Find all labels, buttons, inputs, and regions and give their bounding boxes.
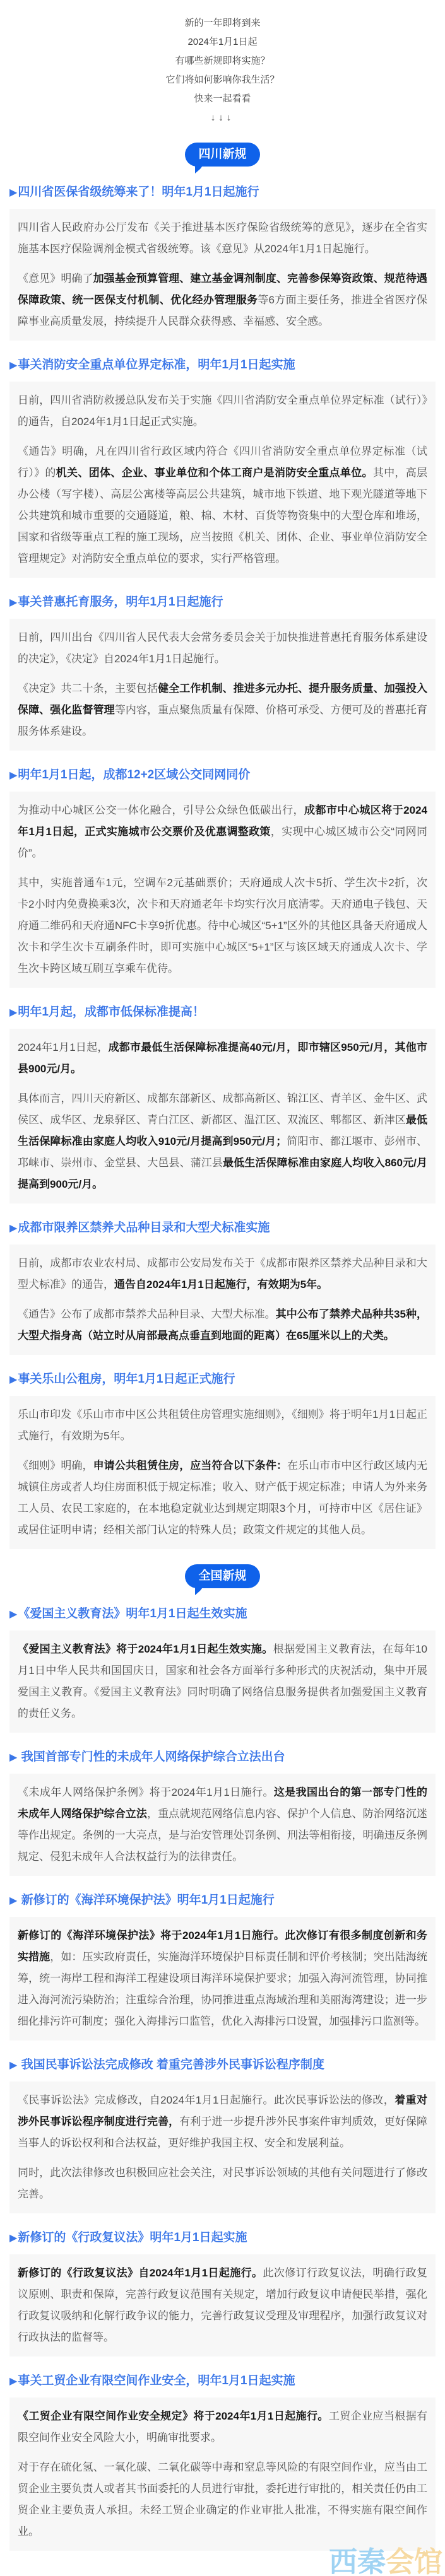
paragraph: 《工贸企业有限空间作业安全规定》将于2024年1月1日起施行。工贸企业应当根据有…	[18, 2406, 427, 2449]
section-heading-text: 明年1月起，成都市低保标准提高！	[18, 1005, 205, 1019]
paragraph-run: 为推动中心城区公交一体化融合，引导公众绿色低碳出行，	[18, 804, 304, 816]
section-body-box: 日前，四川省消防救援总队发布关于实施《四川省消防安全重点单位界定标准（试行）》的…	[9, 382, 436, 578]
news-section: ▶成都市限养区禁养犬品种目录和大型犬标准实施 日前，成都市农业农村局、成都市公安…	[0, 1220, 445, 1355]
paragraph: 四川省人民政府办公厅发布《关于推进基本医疗保险省级统筹的意见》，逐步在全省实施基…	[18, 217, 427, 260]
paragraph-bold-run: 通告自2024年1月1日起施行，有效期为5年。	[114, 1279, 328, 1291]
section-body-box: 新修订的《海洋环境保护法》将于2024年1月1日施行。此次修订有很多制度创新和务…	[9, 1917, 436, 2040]
badge-label: 全国新规	[198, 1569, 246, 1583]
paragraph-run: ，如：压实政府责任，实施海洋环境保护目标责任制和评价考核制；突出陆海统筹，统一海…	[18, 1951, 427, 2027]
paragraph: 新修订的《海洋环境保护法》将于2024年1月1日施行。此次修订有很多制度创新和务…	[18, 1925, 427, 2032]
arrow-right-icon: ▶	[9, 770, 17, 781]
news-section: ▶明年1月1日起，成都12+2区域公交同网同价 为推动中心城区公交一体化融合，引…	[0, 767, 445, 988]
paragraph: 具体而言，四川天府新区、成都东部新区、成都高新区、锦江区、青羊区、金牛区、武侯区…	[18, 1088, 427, 1195]
section-heading: ▶新修订的《行政复议法》明年1月1日起实施	[9, 2230, 436, 2247]
paragraph-run: 四川省人民政府办公厅发布《关于推进基本医疗保险省级统筹的意见》，逐步在全省实施基…	[18, 221, 427, 255]
section-heading-text: 事关消防安全重点单位界定标准，明年1月1日起实施	[18, 358, 295, 372]
speech-bubble-badge: 全国新规	[185, 1564, 259, 1588]
paragraph-run: 《细则》明确，	[18, 1460, 93, 1472]
section-heading-text: 事关普惠托育服务，明年1月1日起施行	[18, 595, 223, 609]
arrow-right-icon: ▶	[9, 1609, 17, 1620]
paragraph: 《意见》明确了加强基金预算管理、建立基金调剂制度、完善参保筹资政策、规范待遇保障…	[18, 268, 427, 332]
paragraph-run: 《民事诉讼法》完成修改，自2024年1月1日起施行。此次民事诉讼法的修改，	[18, 2094, 395, 2106]
section-heading-text: 成都市限养区禁养犬品种目录和大型犬标准实施	[18, 1221, 270, 1234]
paragraph: 为推动中心城区公交一体化融合，引导公众绿色低碳出行，成都市中心城区将于2024年…	[18, 800, 427, 864]
paragraph-run: 具体而言，四川天府新区、成都东部新区、成都高新区、锦江区、青羊区、金牛区、武侯区…	[18, 1092, 427, 1126]
news-section: ▶事关乐山公租房，明年1月1日起正式施行 乐山市印发《乐山市市中区公共租赁住房管…	[0, 1371, 445, 1549]
paragraph: 2024年1月1日起，成都市最低生活保障标准提高40元/月，即市辖区950元/月…	[18, 1037, 427, 1080]
section-body-box: 《工贸企业有限空间作业安全规定》将于2024年1月1日起施行。工贸企业应当根据有…	[9, 2397, 436, 2551]
paragraph: 《未成年人网络保护条例》将于2024年1月1日施行。这是我国出台的第一部专门性的…	[18, 1782, 427, 1868]
paragraph: 日前，成都市农业农村局、成都市公安局发布关于《成都市限养区禁养犬品种目录和大型犬…	[18, 1253, 427, 1296]
section-heading: ▶事关消防安全重点单位界定标准，明年1月1日起实施	[9, 357, 436, 374]
intro-line: 它们将如何影响你我生活？	[0, 71, 445, 90]
section-body-box: 日前，四川出台《四川省人民代表大会常务委员会关于加快推进普惠托育服务体系建设的决…	[9, 619, 436, 751]
section-body-box: 日前，成都市农业农村局、成都市公安局发布关于《成都市限养区禁养犬品种目录和大型犬…	[9, 1244, 436, 1355]
news-section: ▶事关消防安全重点单位界定标准，明年1月1日起实施 日前，四川省消防救援总队发布…	[0, 357, 445, 578]
section-body-box: 《未成年人网络保护条例》将于2024年1月1日施行。这是我国出台的第一部专门性的…	[9, 1774, 436, 1876]
paragraph-bold-run: 《爱国主义教育法》将于2024年1月1日起生效实施。	[18, 1643, 273, 1655]
paragraph-run: 《通告》公布了成都市禁养犬品种目录、大型犬标准。	[18, 1308, 276, 1320]
paragraph: 乐山市印发《乐山市市中区公共租赁住房管理实施细则》，《细则》将于明年1月1日起正…	[18, 1404, 427, 1447]
paragraph-bold-run: 新修订的《行政复议法》自2024年1月1日起施行。	[18, 2267, 263, 2279]
paragraph: 其中，实施普通车1元，空调车2元基础票价；天府通成人次卡5折、学生次卡2折，次卡…	[18, 872, 427, 980]
news-section: ▶ 我国首部专门性的未成年人网络保护综合立法出台 《未成年人网络保护条例》将于2…	[0, 1749, 445, 1876]
section-heading-text: 新修订的《行政复议法》明年1月1日起实施	[18, 2231, 247, 2244]
section-body-box: 乐山市印发《乐山市市中区公共租赁住房管理实施细则》，《细则》将于明年1月1日起正…	[9, 1396, 436, 1549]
intro-line: 快来一起看看	[0, 90, 445, 108]
intro-line: 2024年1月1日起	[0, 33, 445, 52]
paragraph: 日前，四川出台《四川省人民代表大会常务委员会关于加快推进普惠托育服务体系建设的决…	[18, 627, 427, 670]
watermark-part2: 会馆	[386, 2546, 442, 2576]
badge-label: 四川新规	[198, 148, 246, 161]
section-heading-text: 新修订的《海洋环境保护法》明年1月1日起施行	[18, 1894, 274, 1907]
section-heading: ▶事关工贸企业有限空间作业安全，明年1月1日起实施	[9, 2373, 436, 2390]
section-heading: ▶事关普惠托育服务，明年1月1日起施行	[9, 594, 436, 611]
paragraph: 《通告》公布了成都市禁养犬品种目录、大型犬标准。其中公布了禁养犬品种共35种，大…	[18, 1304, 427, 1347]
section-heading: ▶事关乐山公租房，明年1月1日起正式施行	[9, 1371, 436, 1388]
paragraph: 对于存在硫化氢、一氧化碳、二氧化碳等中毒和窒息等风险的有限空间作业，应当由工贸企…	[18, 2457, 427, 2543]
news-section: ▶ 我国民事诉讼法完成修改 着重完善涉外民事诉讼程序制度 《民事诉讼法》完成修改…	[0, 2057, 445, 2213]
paragraph-run: 其中，高层办公楼（写字楼）、高层公寓楼等高层公共建筑，城市地下铁道、地下观光隧道…	[18, 467, 427, 565]
arrow-right-icon: ▶	[9, 187, 17, 198]
paragraph-run: 日前，四川省消防救援总队发布关于实施《四川省消防安全重点单位界定标准（试行）》的…	[18, 394, 427, 428]
arrow-right-icon: ▶	[9, 2233, 17, 2244]
section-heading-text: 我国民事诉讼法完成修改 着重完善涉外民事诉讼程序制度	[18, 2058, 324, 2071]
section-heading: ▶成都市限养区禁养犬品种目录和大型犬标准实施	[9, 1220, 436, 1237]
section-heading-text: 《爱国主义教育法》明年1月1日起生效实施	[18, 1607, 247, 1620]
section-body-box: 《爱国主义教育法》将于2024年1月1日起生效实施。根据爱国主义教育法，在每年1…	[9, 1630, 436, 1733]
paragraph-run: 同时，此次法律修改也积极回应社会关注，对民事诉讼领域的其他有关问题进行了修改完善…	[18, 2167, 427, 2200]
paragraph-bold-run: 《工贸企业有限空间作业安全规定》将于2024年1月1日起施行。	[18, 2410, 329, 2422]
section-heading: ▶《爱国主义教育法》明年1月1日起生效实施	[9, 1606, 436, 1623]
paragraph-bold-run: 机关、团体、企业、事业单位和个体工商户是消防安全重点单位。	[56, 467, 373, 479]
down-arrows-icon: ↓↓↓	[0, 108, 445, 127]
arrow-right-icon: ▶	[9, 1007, 17, 1018]
paragraph: 《细则》明确，申请公共租赁住房，应当符合以下条件：在乐山市市中区行政区域内无城镇…	[18, 1455, 427, 1541]
arrow-right-icon: ▶	[9, 1374, 17, 1385]
section-heading-text: 我国首部专门性的未成年人网络保护综合立法出台	[18, 1750, 285, 1764]
watermark-part1: 西秦	[329, 2546, 386, 2576]
arrow-right-icon: ▶	[9, 1223, 17, 1234]
section-heading: ▶ 新修订的《海洋环境保护法》明年1月1日起施行	[9, 1892, 436, 1909]
article-content: 四川新规 ▶四川省医保省级统筹来了！明年1月1日起施行 四川省人民政府办公厅发布…	[0, 143, 445, 2551]
section-heading: ▶明年1月起，成都市低保标准提高！	[9, 1004, 436, 1021]
section-heading: ▶ 我国民事诉讼法完成修改 着重完善涉外民事诉讼程序制度	[9, 2057, 436, 2074]
paragraph: 同时，此次法律修改也积极回应社会关注，对民事诉讼领域的其他有关问题进行了修改完善…	[18, 2162, 427, 2205]
section-heading-text: 明年1月1日起，成都12+2区域公交同网同价	[18, 768, 250, 782]
intro-line: 有哪些新规即将实施？	[0, 52, 445, 71]
section-heading-text: 事关乐山公租房，明年1月1日起正式施行	[18, 1373, 235, 1386]
paragraph-run: 《决定》共二十条，主要包括	[18, 682, 158, 694]
news-section: ▶ 新修订的《海洋环境保护法》明年1月1日起施行 新修订的《海洋环境保护法》将于…	[0, 1892, 445, 2040]
paragraph: 《通告》明确，凡在四川省行政区域内符合《四川省消防安全重点单位界定标准（试行）》…	[18, 441, 427, 570]
section-badge: 四川新规	[0, 143, 445, 167]
paragraph-run: 《未成年人网络保护条例》将于2024年1月1日施行。	[18, 1786, 274, 1798]
speech-bubble-badge: 四川新规	[185, 143, 259, 167]
section-heading: ▶ 我国首部专门性的未成年人网络保护综合立法出台	[9, 1749, 436, 1766]
section-heading: ▶明年1月1日起，成都12+2区域公交同网同价	[9, 767, 436, 784]
arrow-right-icon: ▶	[9, 1752, 17, 1763]
paragraph: 新修订的《行政复议法》自2024年1月1日起施行。此次修订行政复议法，明确行政复…	[18, 2263, 427, 2348]
section-body-box: 2024年1月1日起，成都市最低生活保障标准提高40元/月，即市辖区950元/月…	[9, 1029, 436, 1203]
paragraph-run: 2024年1月1日起，	[18, 1041, 109, 1053]
news-section: ▶事关普惠托育服务，明年1月1日起施行 日前，四川出台《四川省人民代表大会常务委…	[0, 594, 445, 751]
news-section: ▶新修订的《行政复议法》明年1月1日起实施 新修订的《行政复议法》自2024年1…	[0, 2230, 445, 2356]
section-heading-text: 四川省医保省级统筹来了！明年1月1日起施行	[18, 185, 259, 199]
section-heading-text: 事关工贸企业有限空间作业安全，明年1月1日起实施	[18, 2374, 295, 2387]
section-body-box: 为推动中心城区公交一体化融合，引导公众绿色低碳出行，成都市中心城区将于2024年…	[9, 792, 436, 988]
article-page: 新的一年即将到来 2024年1月1日起 有哪些新规即将实施？ 它们将如何影响你我…	[0, 0, 445, 2576]
arrow-right-icon: ▶	[9, 597, 17, 608]
arrow-right-icon: ▶	[9, 2376, 17, 2387]
news-section: ▶《爱国主义教育法》明年1月1日起生效实施 《爱国主义教育法》将于2024年1月…	[0, 1606, 445, 1733]
section-heading: ▶四川省医保省级统筹来了！明年1月1日起施行	[9, 184, 436, 201]
arrow-right-icon: ▶	[9, 1895, 17, 1906]
section-badge: 全国新规	[0, 1564, 445, 1588]
paragraph-run: 日前，四川出台《四川省人民代表大会常务委员会关于加快推进普惠托育服务体系建设的决…	[18, 631, 427, 665]
paragraph-run: 对于存在硫化氢、一氧化碳、二氧化碳等中毒和窒息等风险的有限空间作业，应当由工贸企…	[18, 2461, 427, 2538]
bubble-shadow-tail-icon	[246, 1588, 255, 1598]
intro-block: 新的一年即将到来 2024年1月1日起 有哪些新规即将实施？ 它们将如何影响你我…	[0, 0, 445, 127]
bubble-shadow-tail-icon	[246, 167, 255, 177]
arrow-right-icon: ▶	[9, 2060, 17, 2071]
paragraph: 《民事诉讼法》完成修改，自2024年1月1日起施行。此次民事诉讼法的修改，着重对…	[18, 2090, 427, 2154]
paragraph-run: 乐山市印发《乐山市市中区公共租赁住房管理实施细则》，《细则》将于明年1月1日起正…	[18, 1408, 427, 1442]
news-section: ▶四川省医保省级统筹来了！明年1月1日起施行 四川省人民政府办公厅发布《关于推进…	[0, 184, 445, 341]
paragraph-bold-run: 申请公共租赁住房，应当符合以下条件：	[93, 1460, 287, 1472]
paragraph-run: 其中，实施普通车1元，空调车2元基础票价；天府通成人次卡5折、学生次卡2折，次卡…	[18, 877, 427, 975]
news-section: ▶明年1月起，成都市低保标准提高！ 2024年1月1日起，成都市最低生活保障标准…	[0, 1004, 445, 1203]
arrow-right-icon: ▶	[9, 360, 17, 371]
paragraph: 日前，四川省消防救援总队发布关于实施《四川省消防安全重点单位界定标准（试行）》的…	[18, 390, 427, 433]
paragraph: 《决定》共二十条，主要包括健全工作机制、推进多元办托、提升服务质量、加强投入保障…	[18, 678, 427, 742]
section-body-box: 四川省人民政府办公厅发布《关于推进基本医疗保险省级统筹的意见》，逐步在全省实施基…	[9, 209, 436, 341]
section-body-box: 新修订的《行政复议法》自2024年1月1日起施行。此次修订行政复议法，明确行政复…	[9, 2254, 436, 2356]
section-body-box: 《民事诉讼法》完成修改，自2024年1月1日起施行。此次民事诉讼法的修改，着重对…	[9, 2081, 436, 2213]
paragraph-run: 《意见》明确了	[18, 272, 93, 284]
paragraph: 《爱国主义教育法》将于2024年1月1日起生效实施。根据爱国主义教育法，在每年1…	[18, 1639, 427, 1724]
intro-line: 新的一年即将到来	[0, 14, 445, 33]
news-section: ▶事关工贸企业有限空间作业安全，明年1月1日起实施 《工贸企业有限空间作业安全规…	[0, 2373, 445, 2551]
watermark: 西秦会馆	[329, 2548, 442, 2576]
